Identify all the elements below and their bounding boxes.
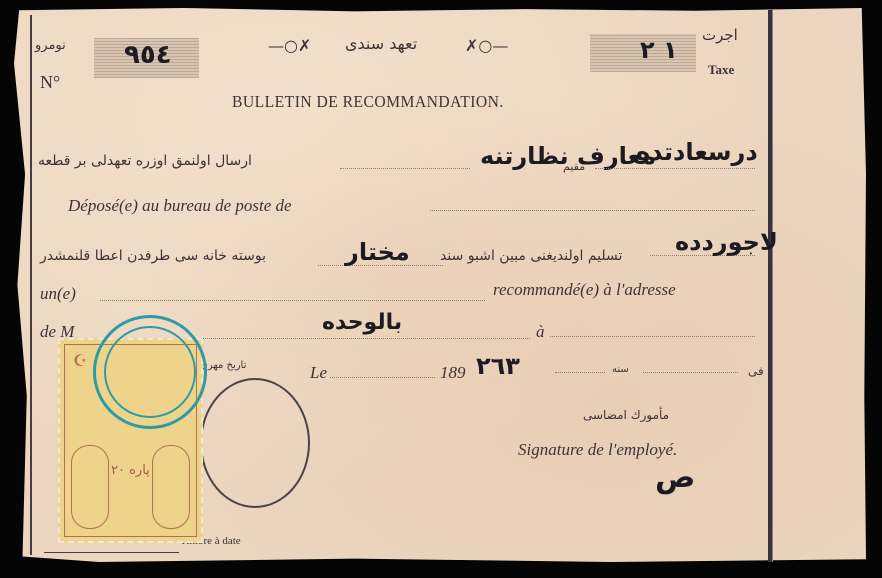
- line6-arabic-mid: سنه: [612, 364, 629, 375]
- stamp-left-cartouche: [71, 445, 109, 529]
- line2-deposited-label: Déposé(e) au bureau de poste de: [68, 196, 292, 216]
- line6-dots-mid: [555, 372, 605, 373]
- bottom-left-border: [44, 552, 179, 553]
- line3-arabic-right: تسليم اولنديغنى مبين اشبو سند: [440, 248, 622, 264]
- line1-dots-left: [340, 168, 470, 169]
- document-title: BULLETIN DE RECOMMANDATION.: [232, 92, 504, 112]
- stamp-right-cartouche: [152, 445, 190, 529]
- line6-year: 189: [440, 363, 466, 383]
- line6-handwritten-date: ٢٦٣: [476, 352, 520, 380]
- line1-arabic-right: مقيم: [563, 160, 585, 173]
- postmark-cancel-inner: [104, 326, 196, 418]
- line4-dots: [100, 300, 485, 301]
- line3-handwritten-right: لاجوردده: [675, 228, 778, 256]
- number-label-arabic: نومرو: [35, 38, 66, 53]
- line6-dots-right: [643, 372, 738, 373]
- taxe-box: ١ ٢: [590, 34, 696, 72]
- date-stamp-circle: [200, 378, 310, 508]
- signature-mark: ص: [655, 460, 695, 495]
- ornament-left-icon: —○✗: [268, 36, 311, 55]
- line5-label-right: à: [536, 322, 545, 342]
- line3-arabic-left: بوسته خانه سى طرفدن اعطا قلنمشدر: [40, 248, 266, 264]
- line1-handwritten-right: درسعادتده: [636, 138, 758, 166]
- line3-handwritten-left: مختار: [345, 238, 410, 266]
- perforation-divider-line: [768, 10, 772, 562]
- stamp-value: پاره ٢٠: [111, 463, 150, 478]
- line6-le-label: Le: [310, 363, 327, 383]
- line2-dots: [430, 210, 755, 211]
- line5-handwritten: بالوحده: [322, 310, 402, 335]
- left-border-line: [30, 15, 32, 555]
- taxe-label: Taxe: [708, 62, 734, 78]
- line1-arabic: ارسال اولنمق اوزره تعهدلى بر قطعه: [38, 153, 252, 169]
- header-arabic: تعهد سندى: [345, 34, 417, 53]
- line6-dots-left: [330, 377, 435, 378]
- taxe-label-arabic: اجرت: [702, 26, 738, 44]
- number-label: N°: [40, 72, 60, 93]
- signature-label-arabic: مأمورك امضاسى: [583, 408, 669, 422]
- line1-dots-right: [595, 168, 755, 169]
- line4-label-right: recommandé(e) à l'adresse: [493, 280, 676, 300]
- line5-dots-right: [550, 336, 755, 337]
- star-crescent-icon: ☪: [73, 351, 87, 370]
- number-handwritten: ٩٥٤: [124, 40, 172, 70]
- ornament-right-icon: ✗○—: [465, 36, 508, 55]
- signature-label: Signature de l'employé.: [518, 440, 677, 460]
- line4-label-left: un(e): [40, 284, 76, 304]
- number-box: ٩٥٤: [94, 38, 199, 78]
- line6-arabic-right: فى: [748, 364, 764, 378]
- taxe-handwritten: ١ ٢: [640, 36, 678, 64]
